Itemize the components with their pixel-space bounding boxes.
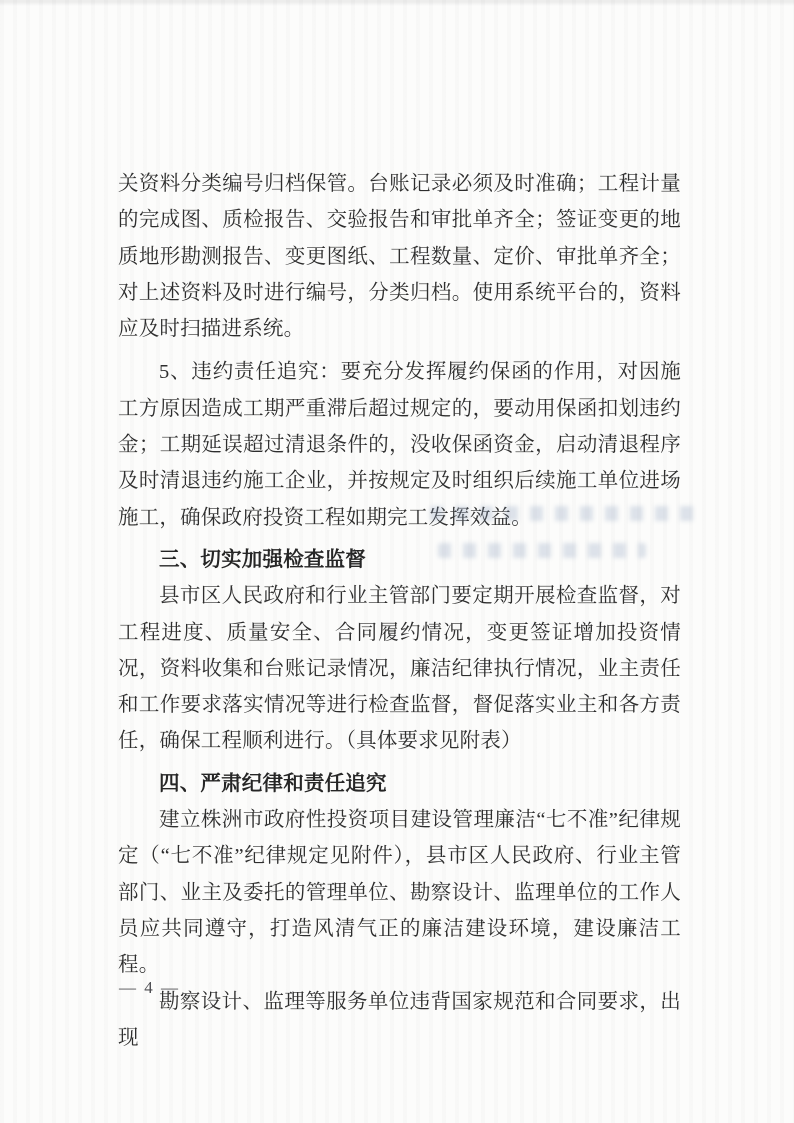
body-paragraph-breach-liability: 5、违约责任追究：要充分发挥履约保函的作用，对因施工方原因造成工期严重滞后超过规… bbox=[118, 354, 681, 535]
body-paragraph-seven-prohibitions: 建立株洲市政府性投资项目建设管理廉洁“七不准”纪律规定（“七不准”纪律规定见附件… bbox=[118, 802, 681, 983]
body-paragraph-inspection-details: 县市区人民政府和行业主管部门要定期开展检查监督，对工程进度、质量安全、合同履约情… bbox=[118, 578, 681, 759]
document-text-block: 关资料分类编号归档保管。台账记录必须及时准确；工程计量的完成图、质检报告、交验报… bbox=[118, 166, 681, 1056]
page-number: — 4 — bbox=[119, 978, 180, 998]
body-paragraph-archive-records: 关资料分类编号归档保管。台账记录必须及时准确；工程计量的完成图、质检报告、交验报… bbox=[118, 166, 681, 347]
document-page: { "body": { "blocks": [ { "kind": "parag… bbox=[0, 0, 794, 1123]
section-heading-4-discipline-accountability: 四、严肃纪律和责任追究 bbox=[118, 766, 681, 802]
section-heading-3-inspection-supervision: 三、切实加强检查监督 bbox=[118, 542, 681, 578]
body-paragraph-survey-design-supervision: 勘察设计、监理等服务单位违背国家规范和合同要求，出现 bbox=[118, 984, 681, 1057]
